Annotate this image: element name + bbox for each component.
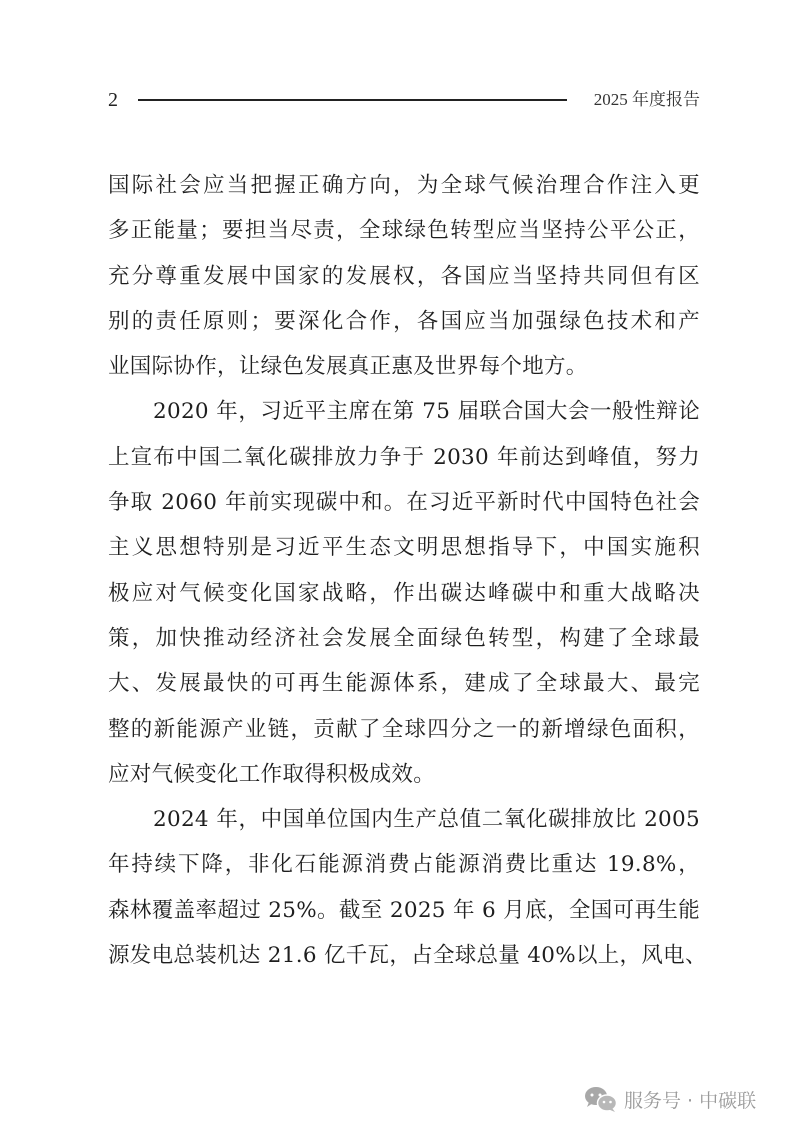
text-line: 主义思想特别是习近平生态文明思想指导下，中国实施积: [108, 525, 700, 570]
text-line: 2024 年，中国单位国内生产总值二氧化碳排放比 2005: [108, 797, 700, 842]
text-line: 上宣布中国二氧化碳排放力争于 2030 年前达到峰值，努力: [108, 435, 700, 480]
paragraph: 2024 年，中国单位国内生产总值二氧化碳排放比 2005 年持续下降，非化石能…: [108, 797, 700, 978]
text-line: 整的新能源产业链，贡献了全球四分之一的新增绿色面积，: [108, 707, 700, 752]
text-line: 充分尊重发展中国家的发展权，各国应当坚持共同但有区: [108, 254, 700, 299]
text-line: 源发电总装机达 21.6 亿千瓦，占全球总量 40%以上，风电、: [108, 933, 700, 978]
text-line: 国际社会应当把握正确方向，为全球气候治理合作注入更: [108, 163, 700, 208]
paragraph: 2020 年，习近平主席在第 75 届联合国大会一般性辩论 上宣布中国二氧化碳排…: [108, 389, 700, 797]
text-line: 应对气候变化工作取得积极成效。: [108, 752, 700, 797]
text-line: 2020 年，习近平主席在第 75 届联合国大会一般性辩论: [108, 389, 700, 434]
wechat-icon: [584, 1085, 618, 1113]
text-line: 大、发展最快的可再生能源体系，建成了全球最大、最完: [108, 661, 700, 706]
header-rule: [138, 99, 567, 101]
text-line: 极应对气候变化国家战略，作出碳达峰碳中和重大战略决: [108, 571, 700, 616]
text-line: 别的责任原则；要深化合作，各国应当加强绿色技术和产: [108, 299, 700, 344]
watermark: 服务号 · 中碳联: [584, 1083, 756, 1115]
page-number: 2: [108, 86, 118, 114]
text-line: 年持续下降，非化石能源消费占能源消费比重达 19.8%，: [108, 842, 700, 887]
paragraph: 国际社会应当把握正确方向，为全球气候治理合作注入更 多正能量；要担当尽责，全球绿…: [108, 163, 700, 389]
report-title: 2025 年度报告: [594, 86, 700, 114]
watermark-text: 服务号 · 中碳联: [624, 1086, 756, 1113]
body-text: 国际社会应当把握正确方向，为全球气候治理合作注入更 多正能量；要担当尽责，全球绿…: [108, 163, 700, 978]
text-line: 业国际协作，让绿色发展真正惠及世界每个地方。: [108, 344, 700, 389]
text-line: 策，加快推动经济社会发展全面绿色转型，构建了全球最: [108, 616, 700, 661]
text-line: 争取 2060 年前实现碳中和。在习近平新时代中国特色社会: [108, 480, 700, 525]
page-header: 2 2025 年度报告: [108, 86, 700, 114]
text-line: 森林覆盖率超过 25%。截至 2025 年 6 月底，全国可再生能: [108, 888, 700, 933]
text-line: 多正能量；要担当尽责，全球绿色转型应当坚持公平公正，: [108, 208, 700, 253]
